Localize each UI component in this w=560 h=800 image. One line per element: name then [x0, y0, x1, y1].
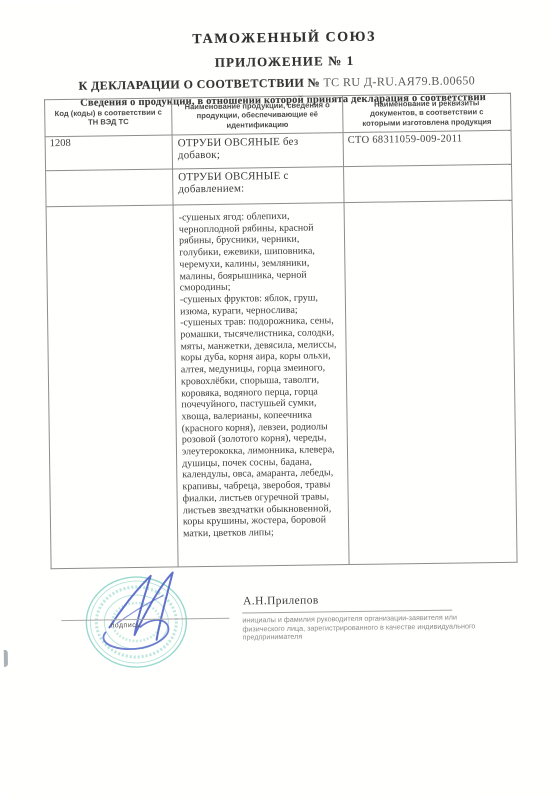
scan-edge-artifact [4, 650, 8, 667]
appendix-title: ПРИЛОЖЕНИЕ № 1 [0, 50, 556, 74]
column-header-documents: Наименование и реквизиты документов, в с… [343, 93, 512, 132]
signatory-caption: инициалы и фамилия руководителя организа… [242, 613, 488, 642]
product-cell: ОТРУБИ ОВСЯНЫЕ без добавок; [172, 133, 343, 169]
document-cell [344, 200, 517, 564]
code-cell [46, 169, 173, 207]
document-cell [344, 164, 512, 202]
declaration-title-label: К ДЕКЛАРАЦИИ О СООТВЕТСТВИИ № [78, 75, 320, 92]
declaration-number: ТС RU Д-RU.АЯ79.В.00650 [323, 73, 475, 89]
table-row: -сушеных ягод: облепихи, черноплодной ря… [46, 200, 517, 568]
page-title: ТАМОЖЕННЫЙ СОЮЗ [0, 27, 555, 51]
code-cell [46, 205, 178, 569]
signature-graphic [91, 562, 210, 656]
signature-ink [91, 562, 210, 656]
scanned-document-page: ТАМОЖЕННЫЙ СОЮЗ ПРИЛОЖЕНИЕ № 1 К ДЕКЛАРА… [0, 0, 560, 800]
column-header-product: Наименование продукции, сведения о проду… [172, 96, 343, 135]
column-header-code: Код (коды) в соответствии с ТН ВЭД ТС [45, 98, 173, 137]
signatory-name: А.Н.Прилепов [243, 594, 319, 607]
signature-line-label: подпись [110, 622, 140, 629]
code-cell: 1208 [45, 135, 172, 171]
product-list-cell: -сушеных ягод: облепихи, черноплодной ря… [173, 203, 349, 567]
product-cell: ОТРУБИ ОВСЯНЫЕ с добавлением: [173, 167, 344, 205]
products-table: Код (коды) в соответствии с ТН ВЭД ТС На… [44, 93, 518, 569]
document-cell: СТО 68311059-009-2011 [343, 130, 511, 166]
